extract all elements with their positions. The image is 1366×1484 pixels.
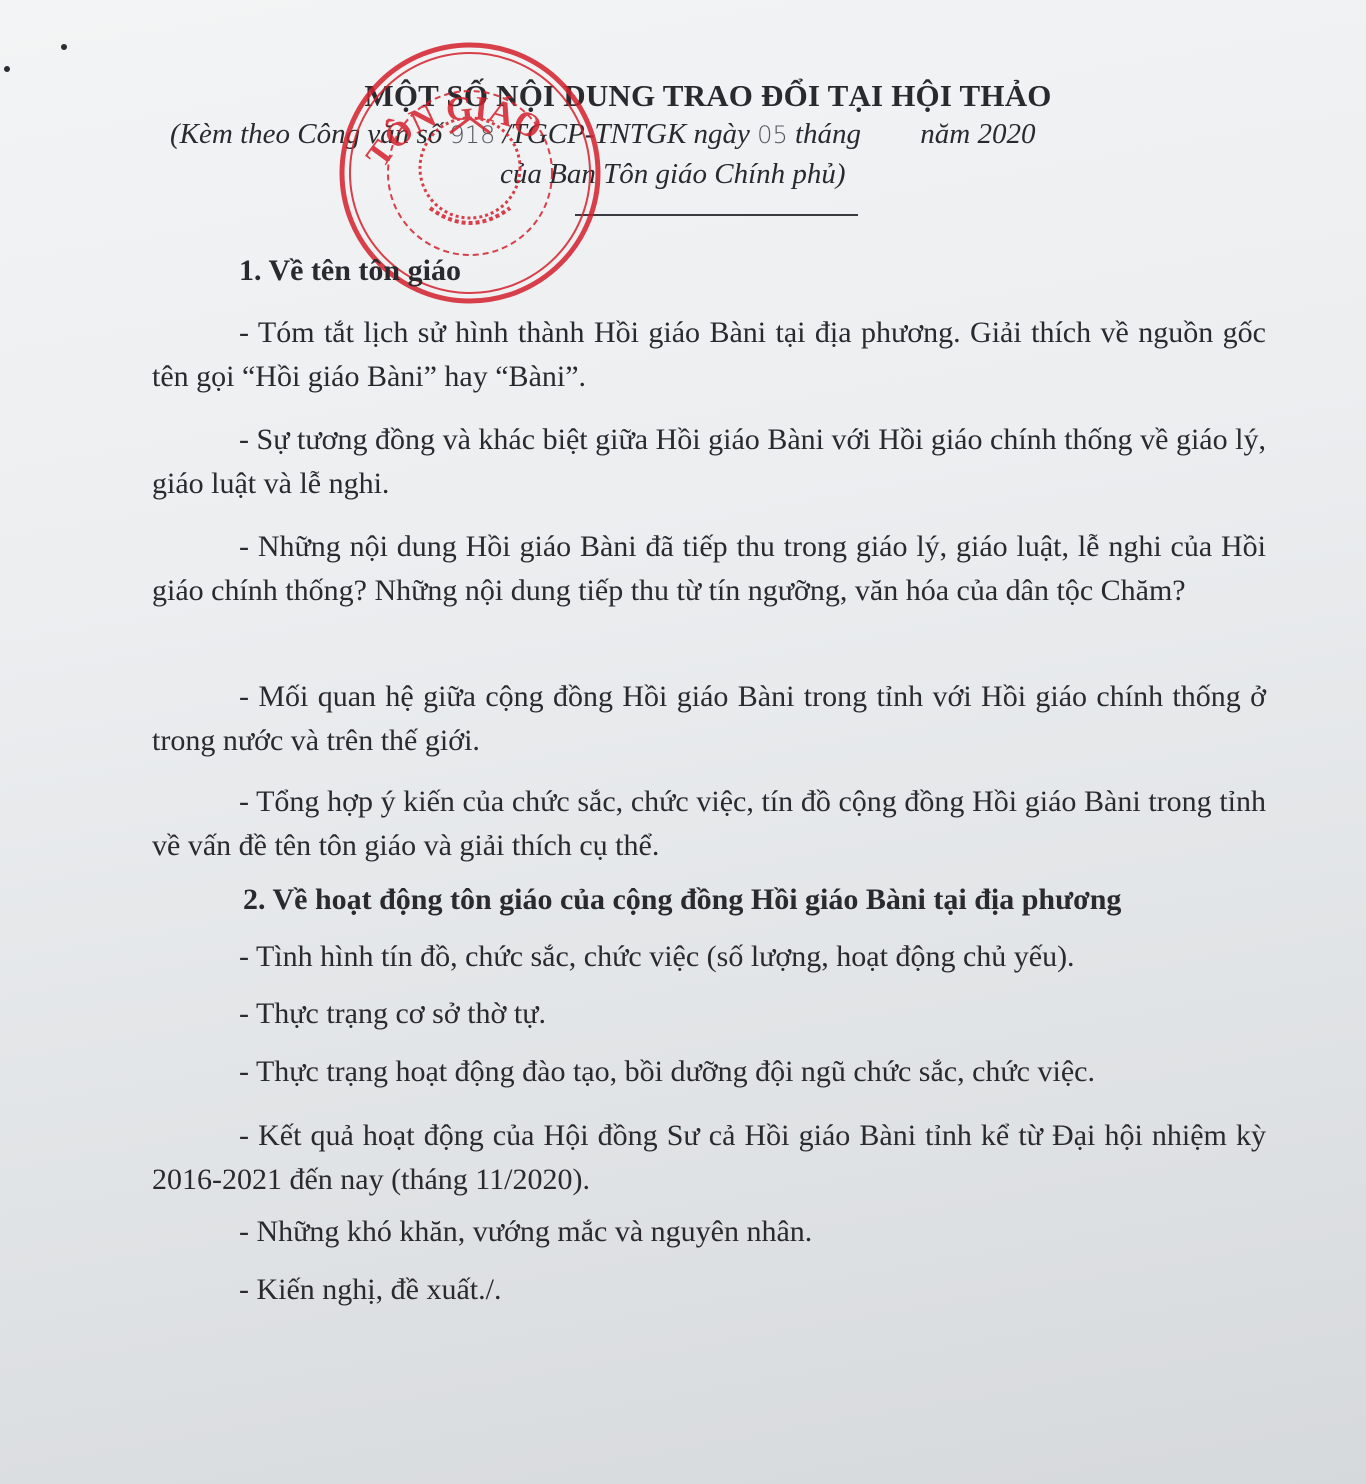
document-subtitle: (Kèm theo Công văn số 918 /TGCP-TNTGK ng… (170, 118, 1035, 151)
section-1-item: - Tổng hợp ý kiến của chức sắc, chức việ… (152, 780, 1266, 868)
section-1-heading: 1. Về tên tôn giáo (239, 254, 461, 288)
handwritten-day: 05 (757, 121, 788, 149)
section-2-item: - Những khó khăn, vướng mắc và nguyên nh… (239, 1215, 812, 1249)
subtitle-issuer: của Ban Tôn giáo Chính phủ) (500, 158, 846, 191)
title-divider (575, 214, 858, 216)
section-2-item: - Thực trạng hoạt động đào tạo, bồi dưỡn… (239, 1055, 1095, 1089)
document-title: MỘT SỐ NỘI DUNG TRAO ĐỔI TẠI HỘI THẢO (0, 78, 1366, 114)
section-2-item: - Kết quả hoạt động của Hội đồng Sư cả H… (152, 1114, 1266, 1202)
section-1-item: - Sự tương đồng và khác biệt giữa Hồi gi… (152, 418, 1266, 506)
section-1-item: - Những nội dung Hồi giáo Bàni đã tiếp t… (152, 525, 1266, 613)
subtitle-ref: /TGCP-TNTGK ngày (503, 118, 750, 150)
section-2-heading: 2. Về hoạt động tôn giáo của cộng đồng H… (243, 883, 1121, 917)
paper-speck (61, 44, 67, 50)
subtitle-month: tháng (795, 118, 861, 150)
section-2-item: - Kiến nghị, đề xuất./. (239, 1273, 501, 1307)
section-2-item: - Thực trạng cơ sở thờ tự. (239, 997, 546, 1031)
section-1-item: - Tóm tắt lịch sử hình thành Hồi giáo Bà… (152, 311, 1266, 399)
subtitle-year: năm 2020 (920, 118, 1035, 150)
handwritten-number: 918 (450, 121, 496, 149)
section-2-item: - Tình hình tín đồ, chức sắc, chức việc … (239, 940, 1075, 974)
subtitle-prefix: (Kèm theo Công văn số (170, 118, 442, 150)
section-1-item: - Mối quan hệ giữa cộng đồng Hồi giáo Bà… (152, 675, 1266, 763)
paper-speck (4, 66, 10, 72)
